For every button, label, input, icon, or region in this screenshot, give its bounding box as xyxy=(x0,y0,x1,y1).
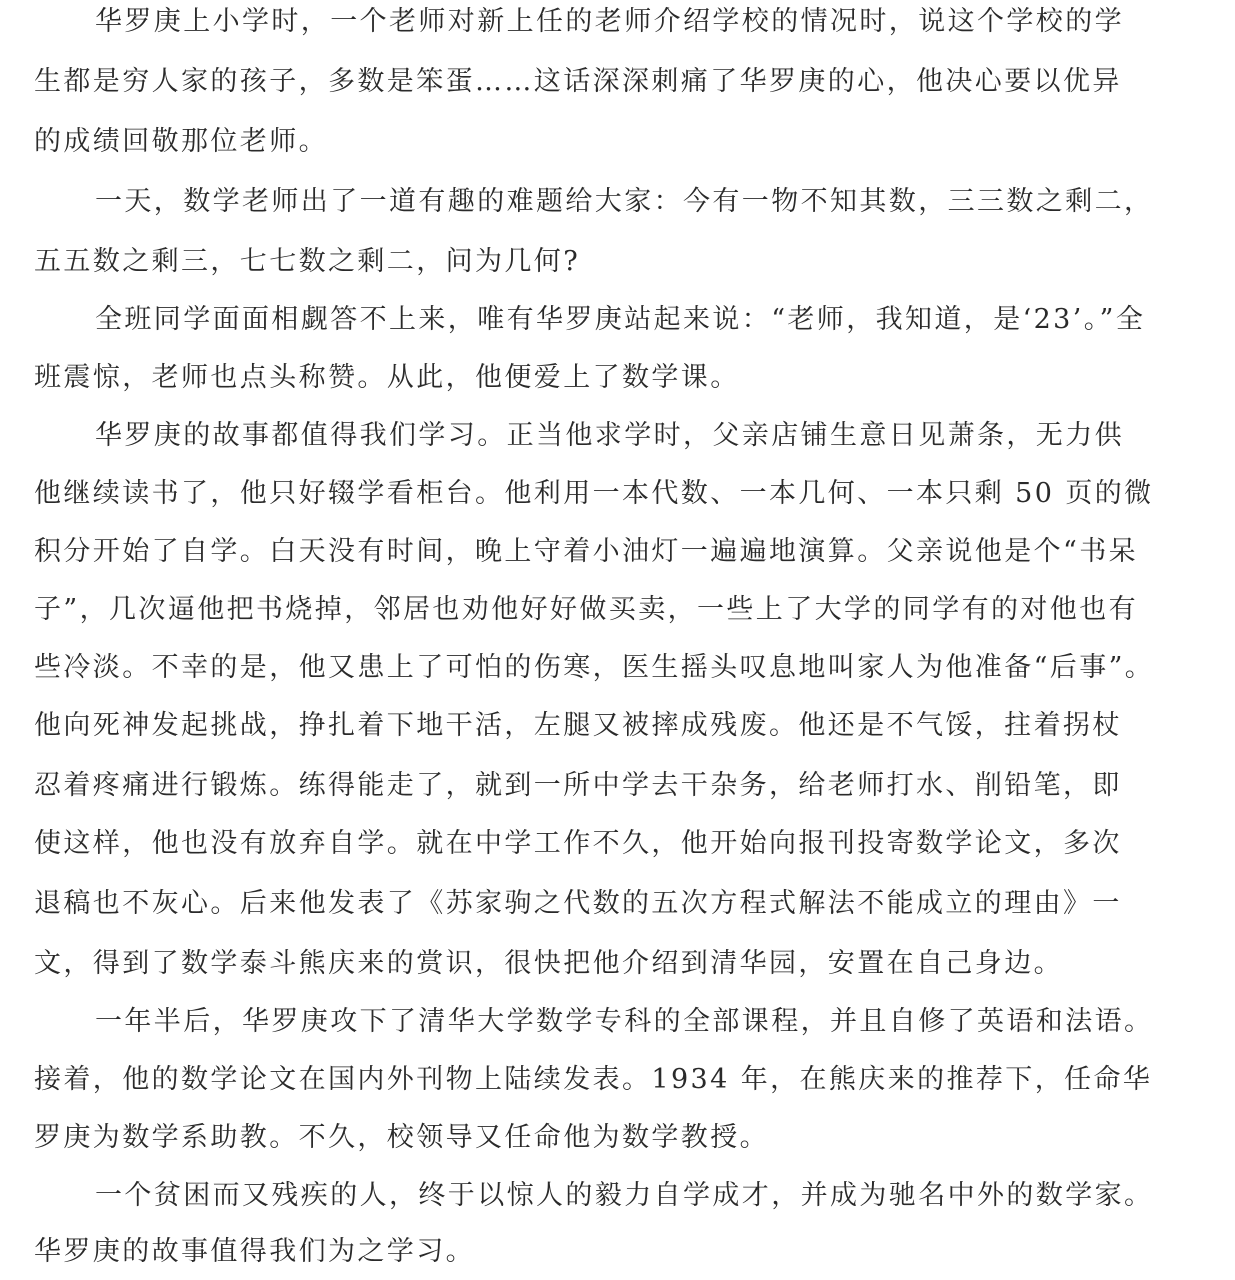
paragraph-6-line-1: 一个贫困而又残疾的人，终于以惊人的毅力自学成才，并成为驰名中外的数学家。 xyxy=(95,1179,1153,1213)
paragraph-4-line-10: 文，得到了数学泰斗熊庆来的赏识，很快把他介绍到清华园，安置在自己身边。 xyxy=(34,947,1063,981)
paragraph-3-line-1: 全班同学面面相觑答不上来，唯有华罗庚站起来说：“老师，我知道，是‘23’。”全 xyxy=(95,303,1145,337)
paragraph-4-line-8: 使这样，他也没有放弃自学。就在中学工作不久，他开始向报刊投寄数学论文，多次 xyxy=(34,827,1122,861)
paragraph-4-line-3: 积分开始了自学。白天没有时间，晚上守着小油灯一遍遍地演算。父亲说他是个“书呆 xyxy=(34,535,1138,569)
paragraph-6-line-2: 华罗庚的故事值得我们为之学习。 xyxy=(34,1235,475,1269)
paragraph-1-line-1: 华罗庚上小学时，一个老师对新上任的老师介绍学校的情况时，说这个学校的学 xyxy=(95,5,1124,39)
paragraph-5-line-3: 罗庚为数学系助教。不久，校领导又任命他为数学教授。 xyxy=(34,1121,769,1155)
paragraph-4-line-4: 子”，几次逼他把书烧掉，邻居也劝他好好做买卖，一些上了大学的同学有的对他也有 xyxy=(34,593,1138,627)
paragraph-1-line-2: 生都是穷人家的孩子，多数是笨蛋……这话深深刺痛了华罗庚的心，他决心要以优异 xyxy=(34,65,1122,99)
paragraph-2-line-1: 一天，数学老师出了一道有趣的难题给大家：今有一物不知其数，三三数之剩二， xyxy=(95,185,1153,219)
paragraph-3-line-2: 班震惊，老师也点头称赞。从此，他便爱上了数学课。 xyxy=(34,361,740,395)
paragraph-1-line-3: 的成绩回敬那位老师。 xyxy=(34,125,328,159)
paragraph-4-line-1: 华罗庚的故事都值得我们学习。正当他求学时，父亲店铺生意日见萧条，无力供 xyxy=(95,419,1124,453)
paragraph-4-line-5: 些冷淡。不幸的是，他又患上了可怕的伤寒，医生摇头叹息地叫家人为他准备“后事”。 xyxy=(34,651,1154,685)
document-page: 华罗庚上小学时，一个老师对新上任的老师介绍学校的情况时，说这个学校的学 生都是穷… xyxy=(0,0,1235,1280)
paragraph-5-line-2: 接着，他的数学论文在国内外刊物上陆续发表。1934 年，在熊庆来的推荐下，任命华 xyxy=(34,1063,1152,1097)
paragraph-5-line-1: 一年半后，华罗庚攻下了清华大学数学专科的全部课程，并且自修了英语和法语。 xyxy=(95,1005,1153,1039)
paragraph-2-line-2: 五五数之剩三，七七数之剩二，问为几何? xyxy=(34,245,580,279)
paragraph-4-line-9: 退稿也不灰心。后来他发表了《苏家驹之代数的五次方程式解法不能成立的理由》一 xyxy=(34,887,1122,921)
paragraph-4-line-6: 他向死神发起挑战，挣扎着下地干活，左腿又被摔成残废。他还是不气馁，拄着拐杖 xyxy=(34,709,1122,743)
paragraph-4-line-2: 他继续读书了，他只好辍学看柜台。他利用一本代数、一本几何、一本只剩 50 页的微 xyxy=(34,477,1154,511)
paragraph-4-line-7: 忍着疼痛进行锻炼。练得能走了，就到一所中学去干杂务，给老师打水、削铅笔，即 xyxy=(34,769,1122,803)
